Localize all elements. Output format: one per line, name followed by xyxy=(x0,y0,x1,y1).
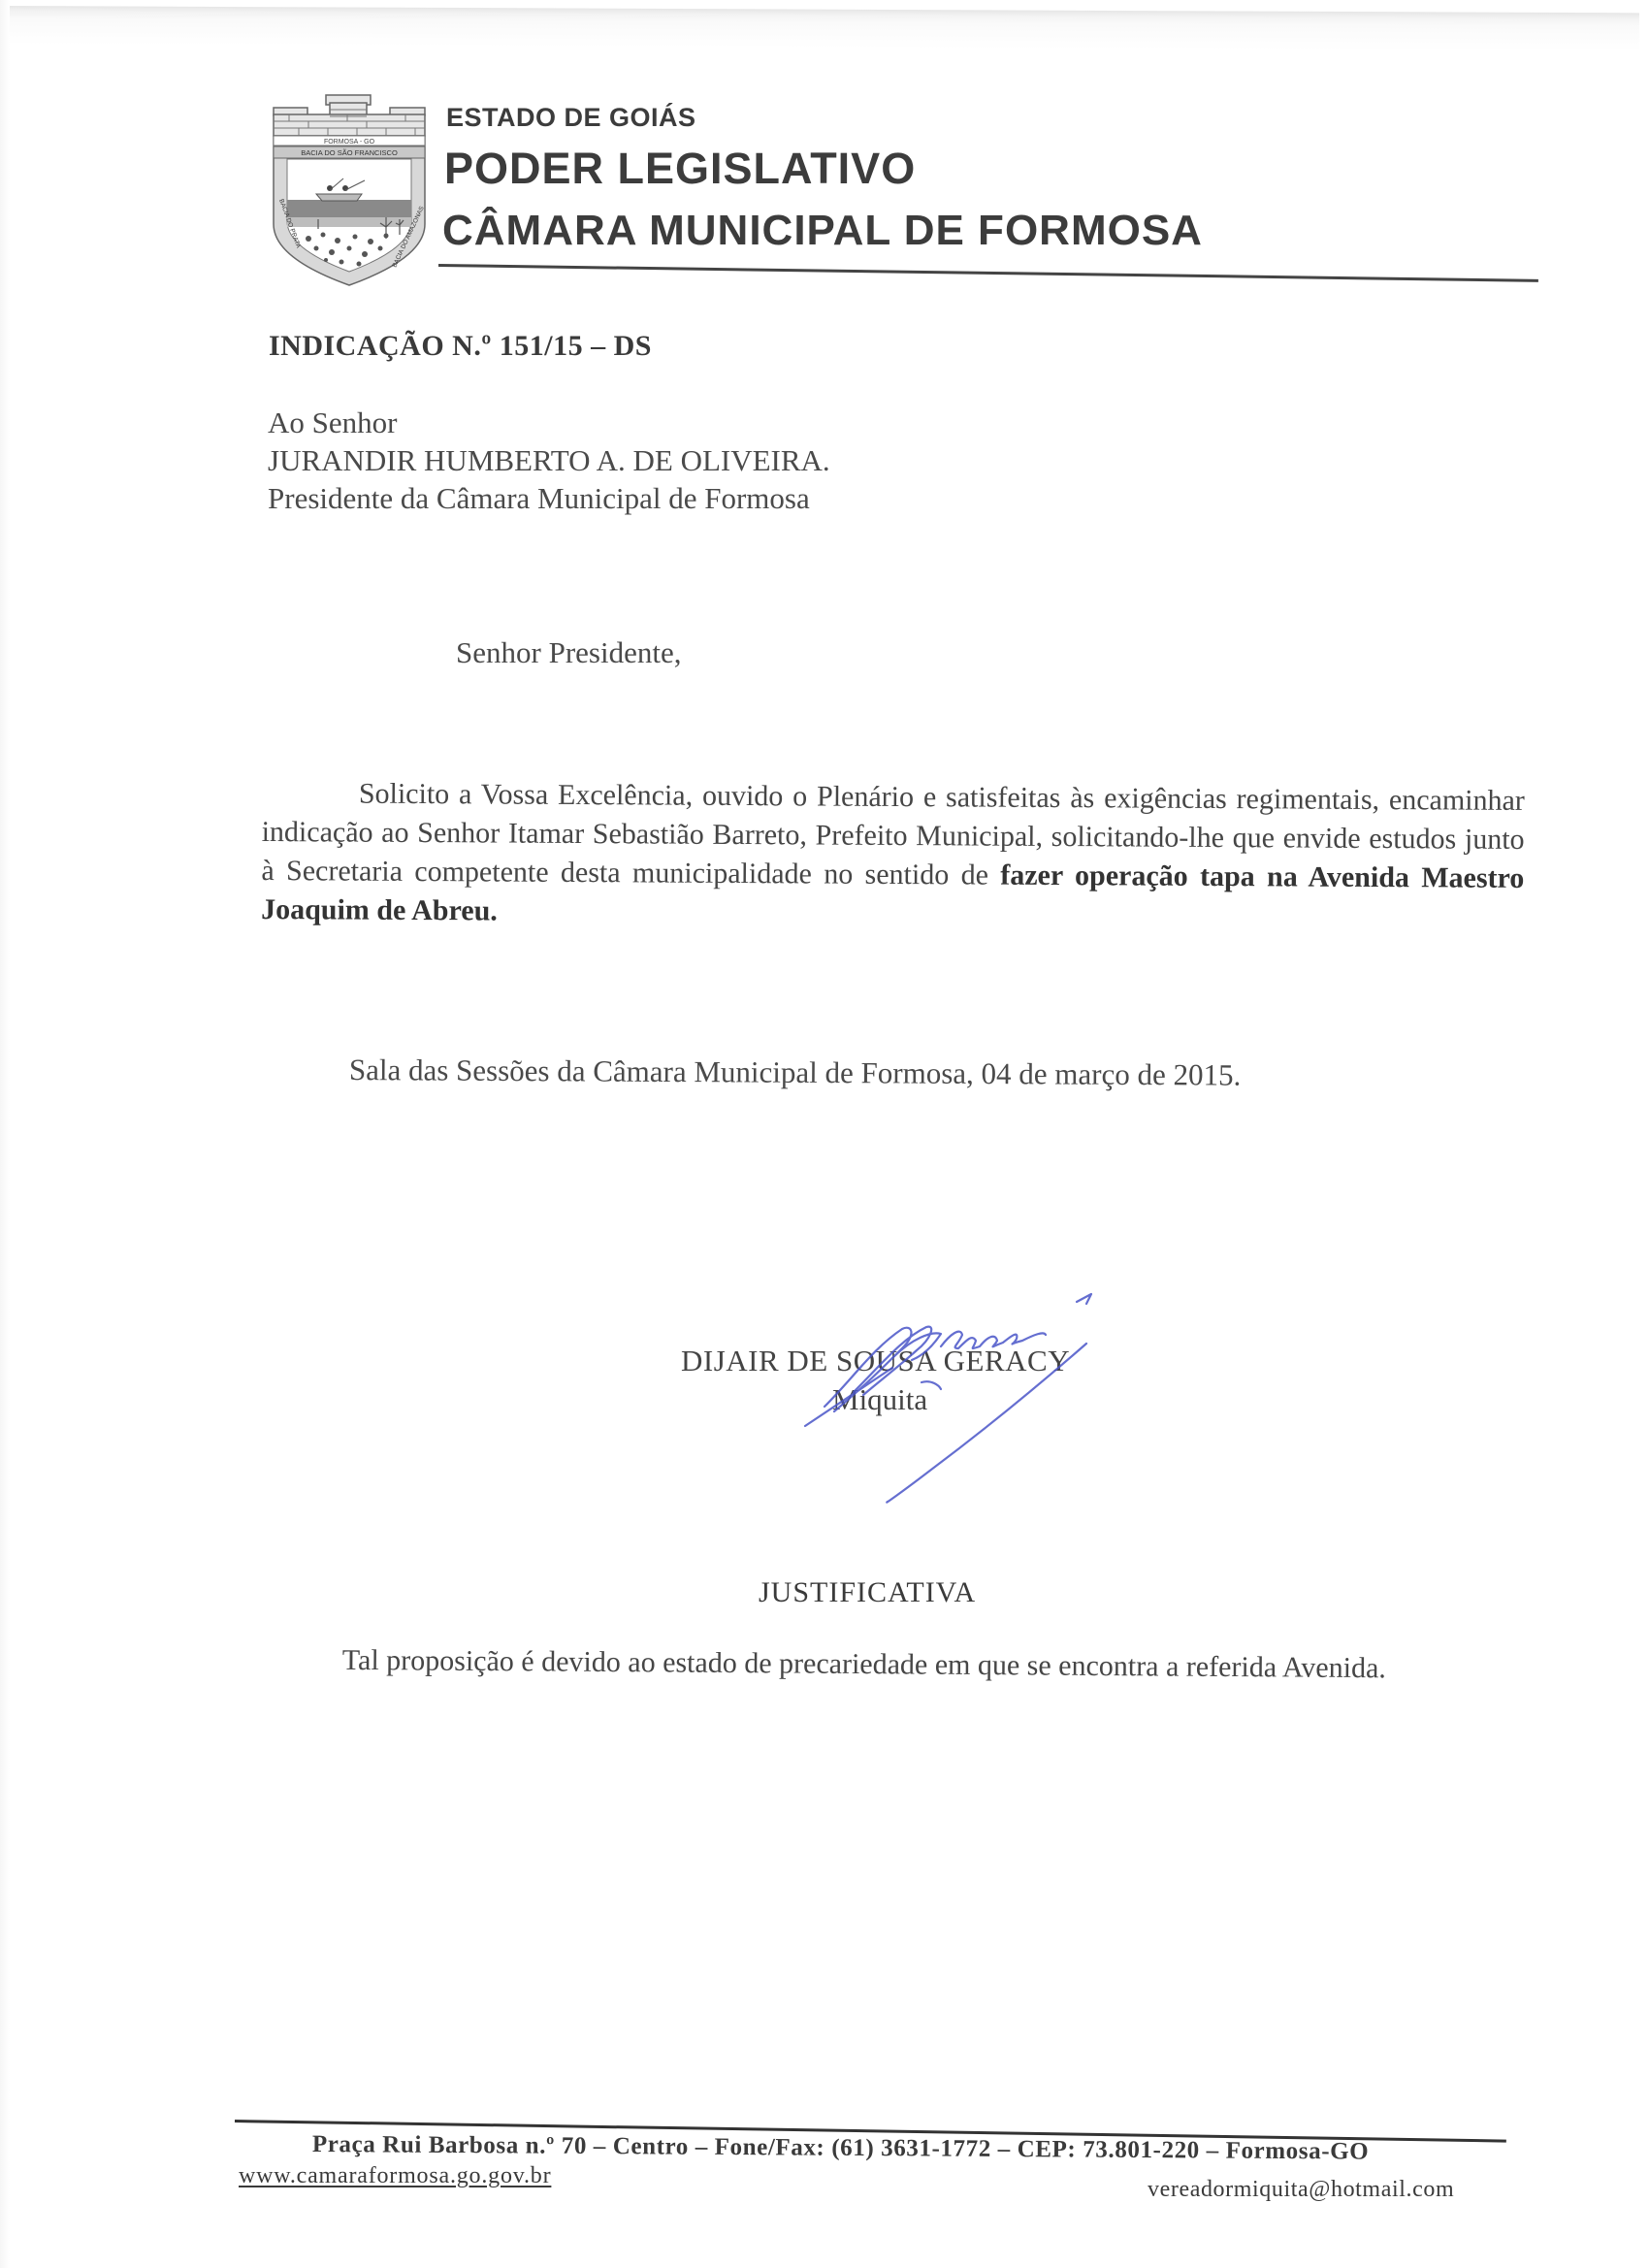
justification-text: Tal proposição é devido ao estado de pre… xyxy=(241,1642,1523,1687)
document-number: INDICAÇÃO N.º 151/15 – DS xyxy=(269,330,652,363)
municipal-coat-of-arms-icon: FORMOSA - GO BACIA DO SÃO FRANCISCO BACI… xyxy=(270,93,430,287)
footer-email[interactable]: vereadormiquita@hotmail.com xyxy=(1148,2177,1454,2203)
letterhead-divider xyxy=(438,264,1538,282)
svg-text:BACIA DO SÃO FRANCISCO: BACIA DO SÃO FRANCISCO xyxy=(301,148,398,157)
letterhead-chamber: CÂMARA MUNICIPAL DE FORMOSA xyxy=(442,207,1203,255)
handwritten-signature xyxy=(795,1280,1125,1533)
svg-text:FORMOSA - GO: FORMOSA - GO xyxy=(324,139,375,146)
footer-website-link[interactable]: www.camaraformosa.go.gov.br xyxy=(239,2163,551,2189)
scan-shadow-top xyxy=(10,6,1639,51)
salutation: Senhor Presidente, xyxy=(456,635,681,670)
scan-shadow-left xyxy=(0,0,10,2268)
justification-title: JUSTIFICATIVA xyxy=(759,1576,976,1609)
place-and-date: Sala das Sessões da Câmara Municipal de … xyxy=(349,1053,1242,1093)
addressee-title: Presidente da Câmara Municipal de Formos… xyxy=(268,481,810,516)
addressee-greeting: Ao Senhor xyxy=(268,405,397,440)
letterhead-state: ESTADO DE GOIÁS xyxy=(446,103,696,133)
letterhead-power: PODER LEGISLATIVO xyxy=(444,144,916,194)
body-paragraph: Solicito a Vossa Excelência, ouvido o Pl… xyxy=(261,774,1525,937)
addressee-name: JURANDIR HUMBERTO A. DE OLIVEIRA. xyxy=(268,443,830,478)
